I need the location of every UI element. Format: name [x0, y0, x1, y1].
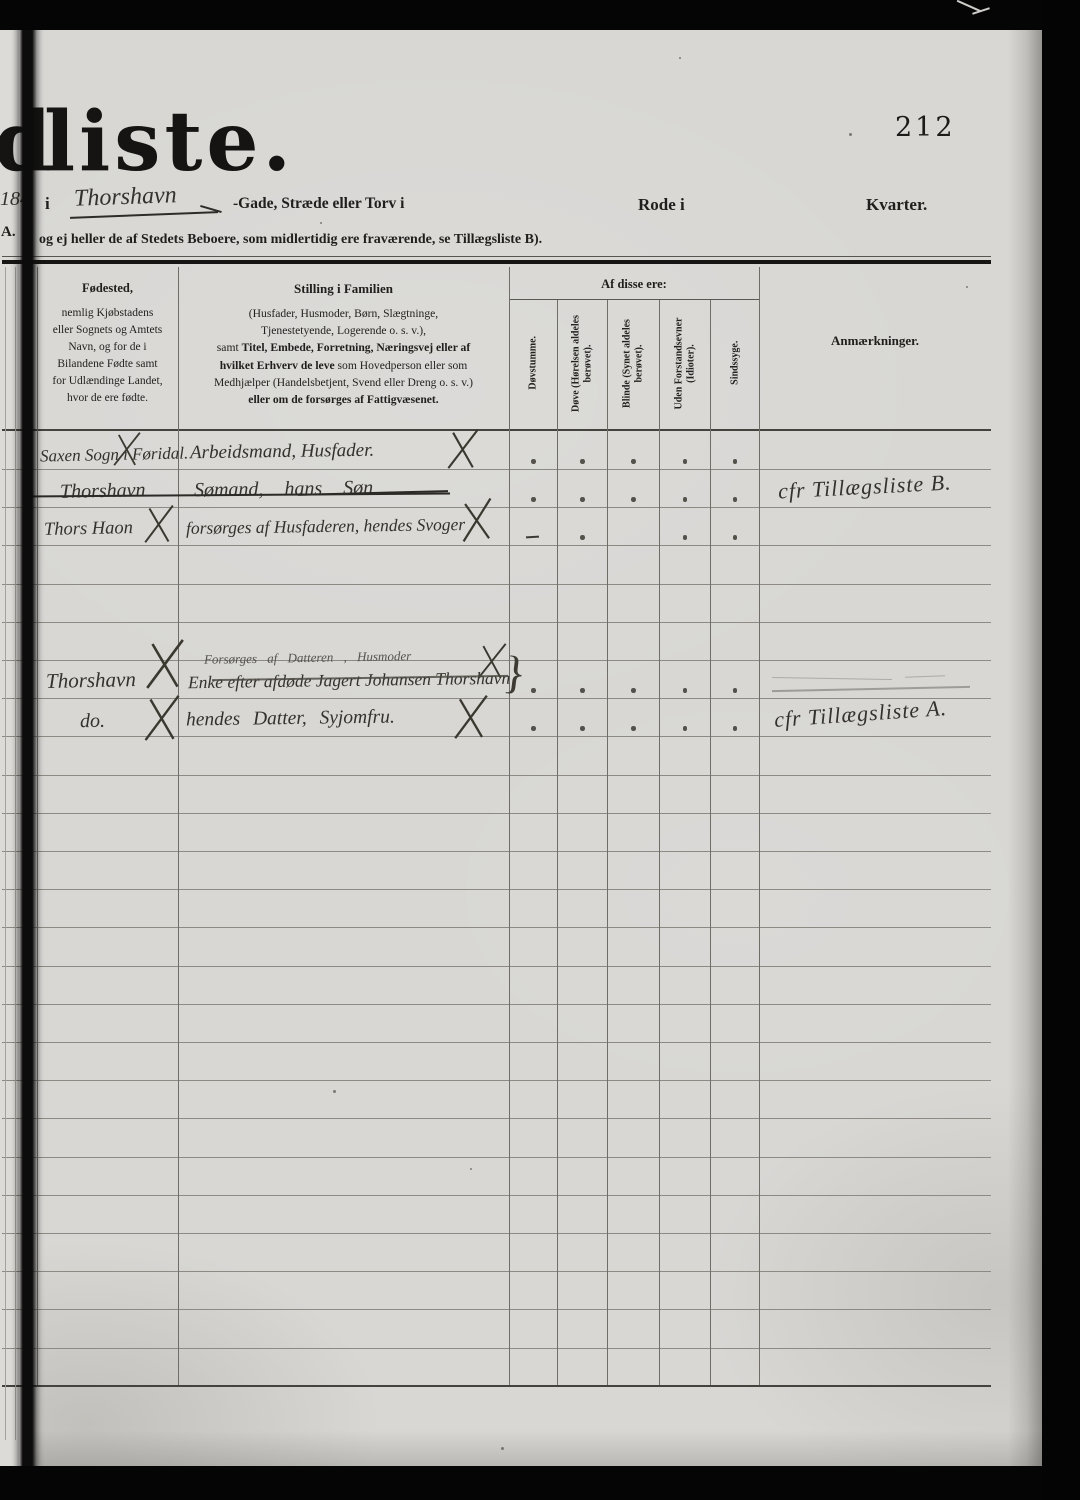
sliver-vline	[15, 267, 16, 1440]
paper-edge-shadow-bottom	[26, 1430, 1042, 1467]
rode-label: Rode i	[638, 195, 685, 215]
none-dot-mark	[733, 688, 738, 693]
none-dot-mark	[531, 688, 536, 693]
entry-position: Arbeidsmand, Husfader.	[190, 440, 374, 465]
position-subtitle-line: hvilket Erhverv de leve som Hovedperson …	[178, 357, 509, 374]
scan-border-bottom	[0, 1466, 1080, 1500]
none-dot-mark	[580, 497, 585, 502]
row-line	[2, 622, 991, 623]
none-dot-mark	[631, 459, 636, 464]
row-line	[2, 851, 991, 852]
col-divider-narrow	[710, 300, 711, 1385]
birthplace-x-mark	[144, 693, 181, 744]
row-line	[2, 813, 991, 814]
entry-birthplace: Thors Haon	[44, 518, 133, 541]
birthplace-column-title: Fødested,	[37, 281, 178, 296]
row-line	[2, 889, 991, 890]
row-line	[2, 1004, 991, 1005]
address-prefix: i	[45, 194, 50, 214]
paper-speck	[501, 1447, 504, 1450]
entry-birthplace: Thorshavn	[46, 667, 136, 694]
col-divider-ofthese-start	[509, 267, 510, 1385]
position-subtitle-segment: Medhjælper (Handelsbetjent, Svend eller …	[214, 376, 473, 389]
birthplace-subtitle-line: hvor de ere fødte.	[37, 390, 178, 407]
none-dot-mark	[580, 726, 585, 731]
paper-speck	[470, 1168, 472, 1170]
position-column-subtitle: (Husfader, Husmoder, Børn, Slægtninge,Tj…	[178, 305, 509, 408]
row-line	[2, 775, 991, 776]
row-line	[2, 1195, 991, 1196]
row-line	[2, 1118, 991, 1119]
position-subtitle-line: eller om de forsørges af Fattigvæsenet.	[178, 391, 509, 408]
sliver-vline	[5, 267, 6, 1440]
table-left-edge	[37, 267, 38, 1385]
of-these-spanner-title: Af disse ere:	[509, 277, 759, 292]
birthplace-subtitle-line: Navn, og for de i	[37, 339, 178, 356]
row-line	[2, 966, 991, 967]
position-column-title: Stilling i Familien	[178, 281, 509, 297]
position-subtitle-segment: eller om de forsørges af Fattigvæsenet.	[248, 393, 438, 406]
none-dot-mark	[683, 688, 688, 693]
row-line	[2, 1309, 991, 1310]
kvarter-label: Kvarter.	[866, 195, 927, 215]
col-divider-narrow	[557, 300, 558, 1385]
none-dot-mark	[733, 535, 738, 540]
exclusion-note: og ej heller de af Stedets Beboere, som …	[39, 232, 542, 248]
of-these-column-label: Sindssyge.	[670, 300, 800, 426]
header-separator	[2, 429, 991, 431]
row-line	[2, 927, 991, 928]
none-dot-mark	[733, 726, 738, 731]
position-subtitle-line: Medhjælper (Handelsbetjent, Svend eller …	[178, 374, 509, 391]
none-dot-mark	[531, 459, 536, 464]
scanned-census-page: d liste. 212 184 A. i Thorshavn -Gade, S…	[0, 0, 1080, 1500]
list-label-fragment: A.	[1, 224, 16, 241]
position-subtitle-segment: Tjenestetyende, Logerende o. s. v.),	[261, 324, 426, 337]
entry-birthplace: Thorshavn	[60, 479, 146, 504]
none-dot-mark	[531, 726, 536, 731]
none-dot-mark	[683, 459, 688, 464]
remarks-column-title: Anmærkninger.	[759, 333, 991, 349]
none-dot-mark	[531, 497, 536, 502]
none-dot-mark	[683, 535, 688, 540]
paper-speck	[320, 222, 322, 224]
row-line	[2, 545, 991, 546]
position-subtitle-line: (Husfader, Husmoder, Børn, Slægtninge,	[178, 305, 509, 322]
paper-edge-shadow-right	[1008, 30, 1042, 1467]
handwritten-place-name: Thorshavn	[74, 182, 178, 213]
position-subtitle-segment: som Hovedperson eller som	[335, 359, 468, 372]
position-subtitle-line: samt Titel, Embede, Forretning, Næringsv…	[178, 339, 509, 356]
table-bottom-rule	[2, 1385, 991, 1387]
none-dot-mark	[631, 497, 636, 502]
page-number: 212	[895, 112, 956, 143]
none-dot-mark	[683, 726, 688, 731]
paper-speck	[966, 286, 968, 288]
none-dot-mark	[631, 688, 636, 693]
birthplace-x-mark	[113, 430, 142, 469]
position-subtitle-segment: samt	[217, 341, 242, 354]
row-line	[2, 1271, 991, 1272]
row-line	[2, 584, 991, 585]
none-dot-mark	[733, 459, 738, 464]
of-these-column-label-text: Sindssyge.	[729, 302, 741, 424]
birthplace-subtitle-line: Bilandene Fødte samt	[37, 356, 178, 373]
position-subtitle-segment: Titel, Embede, Forretning, Næringsvej el…	[242, 341, 471, 354]
paper-speck	[849, 133, 852, 136]
col-divider-birthplace	[178, 267, 179, 1385]
entry-position: Enke efter afdøde Jagert Johansen Thorsh…	[188, 668, 510, 693]
row-line	[2, 1042, 991, 1043]
col-divider-narrow	[607, 300, 608, 1385]
birthplace-column-subtitle: nemlig Kjøbstadenseller Sognets og Amtet…	[37, 305, 178, 407]
col-divider-remarks	[759, 267, 760, 1385]
none-dot-mark	[683, 497, 688, 502]
row-line	[2, 469, 991, 470]
entry-position: hendes Datter, Syjomfru.	[186, 707, 395, 732]
paper-speck	[333, 1090, 336, 1093]
paper-speck	[679, 57, 681, 59]
position-x-mark	[453, 693, 488, 742]
none-dot-mark	[631, 726, 636, 731]
position-subtitle-line: Tjenestetyende, Logerende o. s. v.),	[178, 322, 509, 339]
none-dot-mark	[733, 497, 738, 502]
street-label: -Gade, Stræde eller Torv i	[233, 195, 405, 213]
position-x-mark	[447, 427, 480, 472]
binding-bar	[19, 0, 36, 1500]
col-divider-narrow	[659, 300, 660, 1385]
none-dot-mark	[580, 535, 585, 540]
birthplace-x-mark	[144, 503, 175, 545]
position-subtitle-segment: hvilket Erhverv de leve	[220, 359, 335, 372]
position-subtitle-segment: (Husfader, Husmoder, Børn, Slægtninge,	[249, 307, 438, 320]
top-rule-thin	[2, 256, 991, 257]
entry-position: forsørges af Husfaderen, hendes Svoger	[186, 514, 465, 539]
position-x-mark	[459, 496, 495, 544]
entry-birthplace: do.	[80, 710, 105, 734]
row-line	[2, 1157, 991, 1158]
birthplace-x-mark	[145, 637, 185, 692]
row-line	[2, 1080, 991, 1081]
birthplace-subtitle-line: eller Sognets og Amtets	[37, 322, 178, 339]
birthplace-subtitle-line: nemlig Kjøbstadens	[37, 305, 178, 322]
none-dot-mark	[580, 459, 585, 464]
row-line	[2, 1348, 991, 1349]
birthplace-subtitle-line: for Udlændinge Landet,	[37, 373, 178, 390]
none-dot-mark	[580, 688, 585, 693]
entry-position: Sømand, hans Søn	[194, 477, 374, 503]
row-line	[2, 1233, 991, 1234]
page-title: liste.	[44, 94, 295, 190]
scan-border-right	[1042, 0, 1080, 1500]
scan-border-top	[0, 0, 1080, 30]
top-rule-thick	[2, 260, 991, 264]
